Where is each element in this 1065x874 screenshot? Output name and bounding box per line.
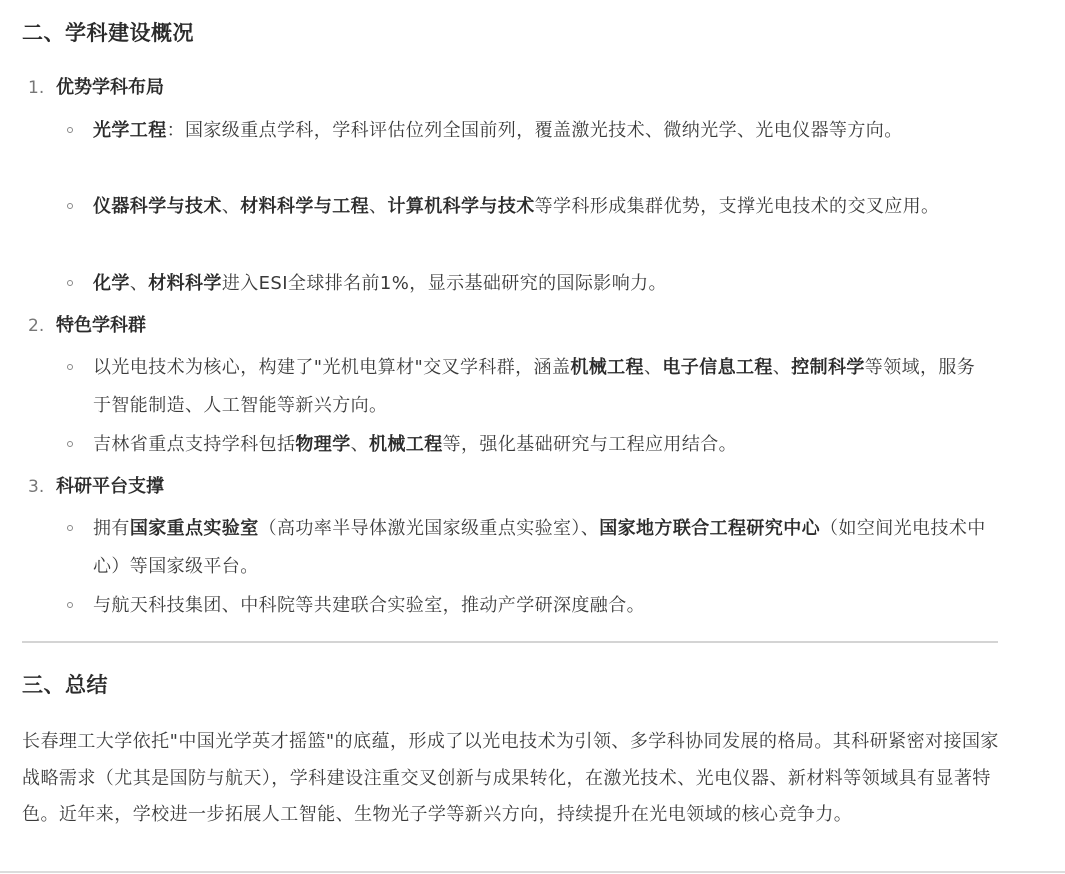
bullet-text: 仪器科学与技术、材料科学与工程、计算机科学与技术等学科形成集群优势，支撑光电技术… <box>93 188 987 226</box>
bold-term: 机械工程 <box>369 434 443 455</box>
text-run: （高功率半导体激光国家级重点实验室）、 <box>259 518 600 539</box>
list-item-title: 特色学科群 <box>56 311 146 341</box>
bullet-item: 以光电技术为核心，构建了"光机电算材"交叉学科群，涵盖机械工程、电子信息工程、控… <box>67 349 987 425</box>
bullet-item: 与航天科技集团、中科院等共建联合实验室，推动产学研深度融合。 <box>67 587 987 625</box>
text-run: 等学科形成集群优势，支撑光电技术的交叉应用。 <box>535 196 940 217</box>
list-item-title: 科研平台支撑 <box>56 472 164 502</box>
list-number: 3. <box>28 472 44 502</box>
section-heading-3: 三、总结 <box>22 670 108 700</box>
text-run: 以光电技术为核心，构建了"光机电算材"交叉学科群，涵盖 <box>93 357 570 378</box>
bold-term: 计算机科学与技术 <box>387 196 534 217</box>
text-run: 进入ESI全球排名前1%，显示基础研究的国际影响力。 <box>222 273 667 294</box>
bullet-text: 拥有国家重点实验室（高功率半导体激光国家级重点实验室）、国家地方联合工程研究中心… <box>93 510 987 586</box>
text-run: 、 <box>644 357 662 378</box>
bold-term: 化学 <box>93 273 130 294</box>
bold-term: 物理学 <box>295 434 350 455</box>
list-number: 2. <box>28 311 44 341</box>
bullet-text: 化学、材料科学进入ESI全球排名前1%，显示基础研究的国际影响力。 <box>93 265 987 303</box>
text-run: 等，强化基础研究与工程应用结合。 <box>443 434 737 455</box>
bold-term: 电子信息工程 <box>662 357 772 378</box>
text-run: 、 <box>351 434 369 455</box>
bullet-item: 吉林省重点支持学科包括物理学、机械工程等，强化基础研究与工程应用结合。 <box>67 426 987 464</box>
bold-term: 光学工程 <box>93 120 167 141</box>
bullet-item: 仪器科学与技术、材料科学与工程、计算机科学与技术等学科形成集群优势，支撑光电技术… <box>67 188 987 226</box>
bold-term: 国家地方联合工程研究中心 <box>599 518 820 539</box>
text-run: 吉林省重点支持学科包括 <box>93 434 295 455</box>
bullet-item: 化学、材料科学进入ESI全球排名前1%，显示基础研究的国际影响力。 <box>67 265 987 303</box>
text-run: 、 <box>773 357 791 378</box>
text-run: 拥有 <box>93 518 130 539</box>
bullet-text: 以光电技术为核心，构建了"光机电算材"交叉学科群，涵盖机械工程、电子信息工程、控… <box>93 349 987 425</box>
hollow-bullet-icon <box>67 280 73 286</box>
hollow-bullet-icon <box>67 441 73 447</box>
text-run: 、 <box>369 196 387 217</box>
hollow-bullet-icon <box>67 127 73 133</box>
horizontal-divider <box>22 641 998 643</box>
document-body: 二、学科建设概况 1. 优势学科布局 光学工程：国家级重点学科，学科评估位列全国… <box>0 0 1065 874</box>
hollow-bullet-icon <box>67 203 73 209</box>
summary-paragraph: 长春理工大学依托"中国光学英才摇篮"的底蕴，形成了以光电技术为引领、多学科协同发… <box>22 724 1002 834</box>
bold-term: 仪器科学与技术 <box>93 196 222 217</box>
bullet-text: 吉林省重点支持学科包括物理学、机械工程等，强化基础研究与工程应用结合。 <box>93 426 987 464</box>
bold-term: 材料科学 <box>148 273 222 294</box>
list-number: 1. <box>28 73 44 103</box>
text-run: 、 <box>222 196 240 217</box>
bullet-item: 光学工程：国家级重点学科，学科评估位列全国前列，覆盖激光技术、微纳光学、光电仪器… <box>67 112 987 150</box>
hollow-bullet-icon <box>67 602 73 608</box>
bullet-text: 与航天科技集团、中科院等共建联合实验室，推动产学研深度融合。 <box>93 587 987 625</box>
bullet-text: 光学工程：国家级重点学科，学科评估位列全国前列，覆盖激光技术、微纳光学、光电仪器… <box>93 112 987 150</box>
bold-term: 控制科学 <box>791 357 865 378</box>
bold-term: 材料科学与工程 <box>240 196 369 217</box>
text-run: 、 <box>130 273 148 294</box>
bold-term: 国家重点实验室 <box>130 518 259 539</box>
text-run: 与航天科技集团、中科院等共建联合实验室，推动产学研深度融合。 <box>93 595 645 616</box>
list-item-title: 优势学科布局 <box>56 73 164 103</box>
hollow-bullet-icon <box>67 525 73 531</box>
section-heading-2: 二、学科建设概况 <box>22 18 194 48</box>
hollow-bullet-icon <box>67 364 73 370</box>
text-run: ：国家级重点学科，学科评估位列全国前列，覆盖激光技术、微纳光学、光电仪器等方向。 <box>167 120 903 141</box>
bold-term: 机械工程 <box>570 357 644 378</box>
bullet-item: 拥有国家重点实验室（高功率半导体激光国家级重点实验室）、国家地方联合工程研究中心… <box>67 510 987 586</box>
bottom-border <box>0 871 1065 873</box>
